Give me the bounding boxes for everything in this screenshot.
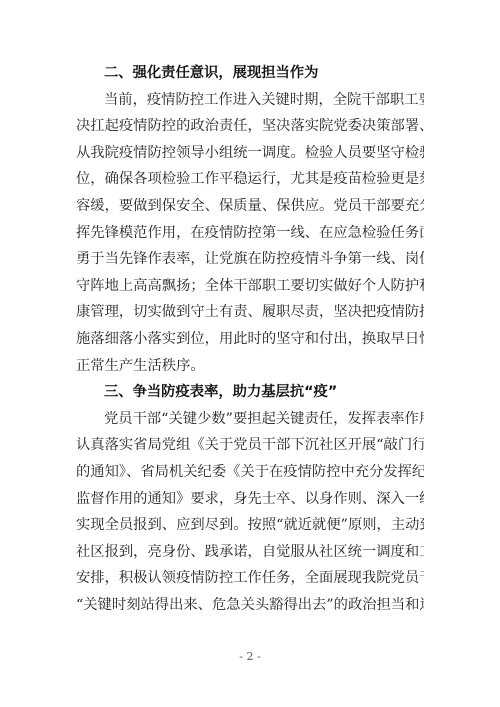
- paragraph-line: 从我院疫情防控领导小组统一调度。检验人员要坚守检验岗: [76, 140, 424, 167]
- paragraph-line: 正常生产生活秩序。: [76, 353, 424, 380]
- paragraph-line: “关键时刻站得出来、危急关头豁得出去”的政治担当和过: [76, 592, 424, 619]
- paragraph-line: 当前，疫情防控工作进入关键时期，全院干部职工要坚: [76, 87, 424, 114]
- paragraph-line: 社区报到，亮身份、践承诺，自觉服从社区统一调度和工作: [76, 539, 424, 566]
- section-heading: 二、强化责任意识，展现担当作为: [76, 60, 424, 87]
- paragraph-line: 位，确保各项检验工作平稳运行，尤其是疫苗检验更是刻不: [76, 166, 424, 193]
- document-page: 二、强化责任意识，展现担当作为 当前，疫情防控工作进入关键时期，全院干部职工要坚…: [0, 0, 500, 707]
- paragraph-line: 认真落实省局党组《关于党员干部下沉社区开展“敲门行动”: [76, 432, 424, 459]
- page-number: - 2 -: [0, 650, 500, 663]
- paragraph-line: 守阵地上高高飘扬；全体干部职工要切实做好个人防护和健: [76, 273, 424, 300]
- section-heading: 三、争当防疫表率，助力基层抗“疫”: [76, 379, 424, 406]
- paragraph-line: 安排，积极认领疫情防控工作任务，全面展现我院党员干部: [76, 565, 424, 592]
- paragraph-line: 党员干部“关键少数”要担起关键责任，发挥表率作用，: [76, 406, 424, 433]
- document-body: 二、强化责任意识，展现担当作为 当前，疫情防控工作进入关键时期，全院干部职工要坚…: [76, 60, 424, 618]
- paragraph-line: 监督作用的通知》要求，身先士卒、以身作则、深入一线，: [76, 486, 424, 513]
- paragraph-line: 康管理，切实做到守土有责、履职尽责，坚决把疫情防控措: [76, 299, 424, 326]
- paragraph-line: 施落细落小落实到位，用此时的坚守和付出，换取早日恢复: [76, 326, 424, 353]
- paragraph-line: 决扛起疫情防控的政治责任，坚决落实院党委决策部署、服: [76, 113, 424, 140]
- paragraph-line: 实现全员报到、应到尽到。按照“就近就便”原则，主动到: [76, 512, 424, 539]
- paragraph-line: 勇于当先锋作表率，让党旗在防控疫情斗争第一线、岗位留: [76, 246, 424, 273]
- paragraph-line: 容缓，要做到保安全、保质量、保供应。党员干部要充分发: [76, 193, 424, 220]
- paragraph-line: 挥先锋模范作用，在疫情防控第一线、在应急检验任务面前: [76, 220, 424, 247]
- paragraph-line: 的通知》、省局机关纪委《关于在疫情防控中充分发挥纪检: [76, 459, 424, 486]
